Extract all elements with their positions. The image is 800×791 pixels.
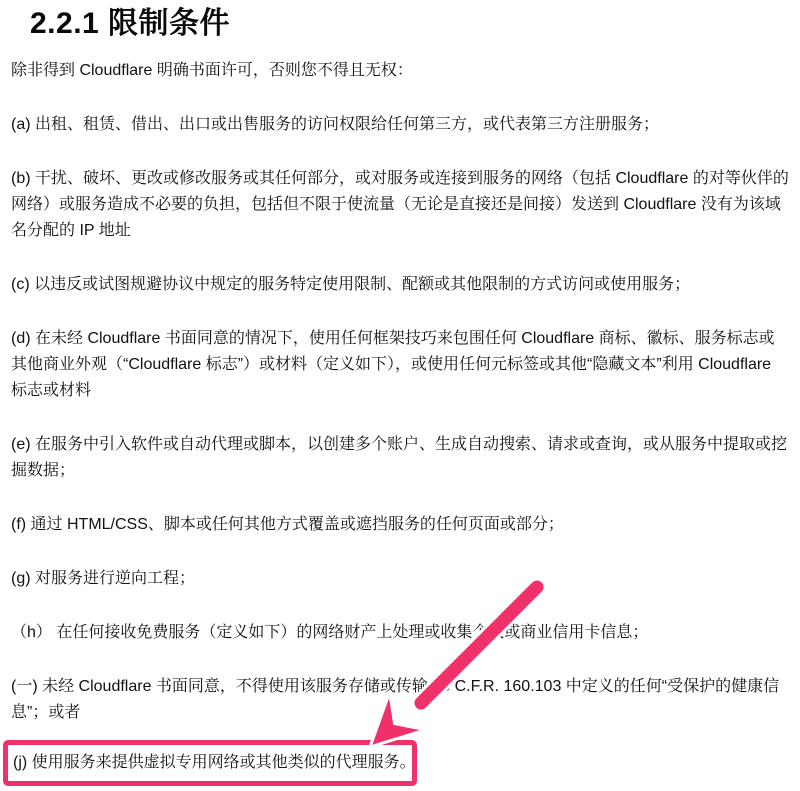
clause-h: （h） 在任何接收免费服务（定义如下）的网络财产上处理或收集个人或商业信用卡信息…	[11, 620, 790, 646]
clause-g: (g) 对服务进行逆向工程；	[11, 566, 790, 592]
terms-document-page: 2.2.1 限制条件 除非得到 Cloudflare 明确书面许可，否则您不得且…	[0, 0, 800, 791]
clause-b: (b) 干扰、破坏、更改或修改服务或其任何部分，或对服务或连接到服务的网络（包括…	[11, 166, 790, 244]
intro-paragraph: 除非得到 Cloudflare 明确书面许可，否则您不得且无权：	[11, 58, 790, 84]
section-heading: 2.2.1 限制条件	[30, 6, 790, 42]
clause-a: (a) 出租、租赁、借出、出口或出售服务的访问权限给任何第三方，或代表第三方注册…	[11, 112, 790, 138]
clause-e: (e) 在服务中引入软件或自动代理或脚本，以创建多个账户、生成自动搜索、请求或查…	[11, 432, 790, 484]
clause-j: (j) 使用服务来提供虚拟专用网络或其他类似的代理服务。	[13, 753, 416, 773]
clause-f: (f) 通过 HTML/CSS、脚本或任何其他方式覆盖或遮挡服务的任何页面或部分…	[11, 512, 790, 538]
clause-d: (d) 在未经 Cloudflare 书面同意的情况下，使用任何框架技巧来包围任…	[11, 326, 790, 404]
clause-i: (一) 未经 Cloudflare 书面同意，不得使用该服务存储或传输 45 C…	[11, 674, 790, 726]
clause-c: (c) 以违反或试图规避协议中规定的服务特定使用限制、配额或其他限制的方式访问或…	[11, 272, 790, 298]
highlighted-clause-box: (j) 使用服务来提供虚拟专用网络或其他类似的代理服务。	[3, 740, 417, 786]
